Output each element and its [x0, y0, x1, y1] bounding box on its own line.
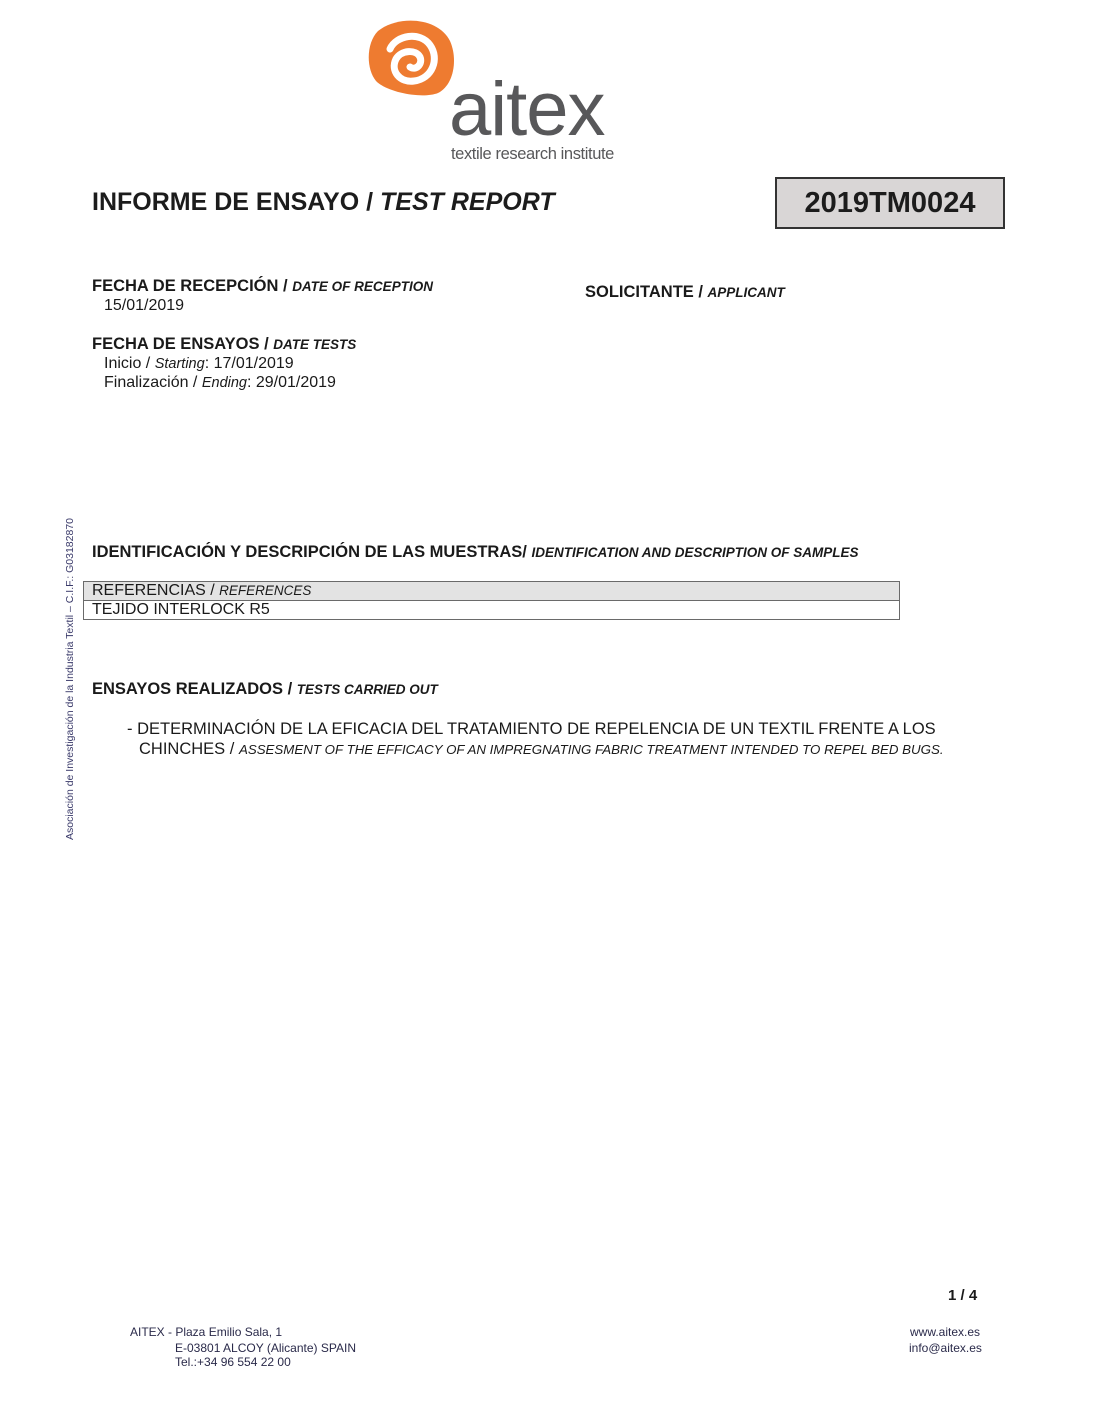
end-label-es: Finalización [104, 374, 188, 391]
samples-label-en: IDENTIFICATION AND DESCRIPTION OF SAMPLE… [531, 545, 858, 560]
references-table-header: REFERENCIAS / REFERENCES [84, 582, 900, 601]
end-label-en: Ending [202, 375, 247, 391]
report-title-es: INFORME DE ENSAYO [92, 188, 359, 216]
footer-email-link[interactable]: info@aitex.es [909, 1341, 982, 1356]
tests-carried-out-label: ENSAYOS REALIZADOS / TESTS CARRIED OUT [92, 680, 438, 699]
table-row: TEJIDO INTERLOCK R5 [84, 601, 900, 620]
test-list-item: - DETERMINACIÓN DE LA EFICACIA DEL TRATA… [127, 719, 987, 760]
tests-done-label-en: TESTS CARRIED OUT [297, 682, 438, 697]
tests-done-label-es: ENSAYOS REALIZADOS [92, 680, 283, 698]
references-header-es: REFERENCIAS [92, 582, 206, 599]
start-label-es: Inicio [104, 355, 141, 372]
footer-phone: Tel.:+34 96 554 22 00 [175, 1355, 291, 1370]
samples-label-es: IDENTIFICACIÓN Y DESCRIPCIÓN DE LAS MUES… [92, 543, 527, 561]
applicant-label-en: APPLICANT [708, 285, 785, 300]
aitex-spiral-logo-icon [368, 19, 454, 97]
test-item-line2: CHINCHES / ASSESMENT OF THE EFFICACY OF … [127, 739, 987, 760]
report-number-box: 2019TM0024 [775, 177, 1005, 229]
report-number: 2019TM0024 [805, 187, 976, 220]
report-title: INFORME DE ENSAYO / TEST REPORT [92, 188, 555, 217]
test-start-date-line: Inicio / Starting: 17/01/2019 [104, 355, 294, 373]
title-separator: / [359, 188, 380, 216]
references-header-en: REFERENCES [219, 583, 311, 598]
references-header-cell: REFERENCIAS / REFERENCES [84, 582, 900, 601]
footer-website-link[interactable]: www.aitex.es [910, 1325, 980, 1340]
test-dates-label-es: FECHA DE ENSAYOS [92, 335, 259, 353]
test-item-es-end: CHINCHES [139, 740, 225, 758]
footer-address-line1: AITEX - Plaza Emilio Sala, 1 [130, 1325, 282, 1340]
reception-label-es: FECHA DE RECEPCIÓN [92, 277, 278, 295]
start-label-en: Starting [155, 356, 205, 372]
side-legal-text: Asociación de Investigación de la Indust… [64, 520, 76, 840]
end-date: 29/01/2019 [256, 374, 336, 391]
page-number: 1 / 4 [948, 1287, 977, 1304]
applicant-label: SOLICITANTE / APPLICANT [585, 283, 785, 302]
reception-label-en: DATE OF RECEPTION [292, 279, 433, 294]
reference-cell: TEJIDO INTERLOCK R5 [84, 601, 900, 620]
samples-section-label: IDENTIFICACIÓN Y DESCRIPCIÓN DE LAS MUES… [92, 543, 858, 562]
report-title-en: TEST REPORT [380, 188, 555, 216]
test-end-date-line: Finalización / Ending: 29/01/2019 [104, 374, 336, 392]
logo-wordmark: aitex [449, 72, 605, 148]
test-item-en: ASSESMENT OF THE EFFICACY OF AN IMPREGNA… [239, 742, 944, 757]
logo-tagline: textile research institute [451, 145, 614, 164]
test-dates-label: FECHA DE ENSAYOS / DATE TESTS [92, 335, 356, 354]
applicant-label-es: SOLICITANTE [585, 283, 694, 301]
references-table: REFERENCIAS / REFERENCES TEJIDO INTERLOC… [83, 581, 900, 620]
footer-address-line2: E-03801 ALCOY (Alicante) SPAIN [175, 1341, 356, 1356]
test-item-line1: - DETERMINACIÓN DE LA EFICACIA DEL TRATA… [127, 719, 987, 739]
reception-date: 15/01/2019 [104, 297, 184, 315]
reception-date-label: FECHA DE RECEPCIÓN / DATE OF RECEPTION [92, 277, 433, 296]
test-dates-label-en: DATE TESTS [273, 337, 356, 352]
start-date: 17/01/2019 [214, 355, 294, 372]
